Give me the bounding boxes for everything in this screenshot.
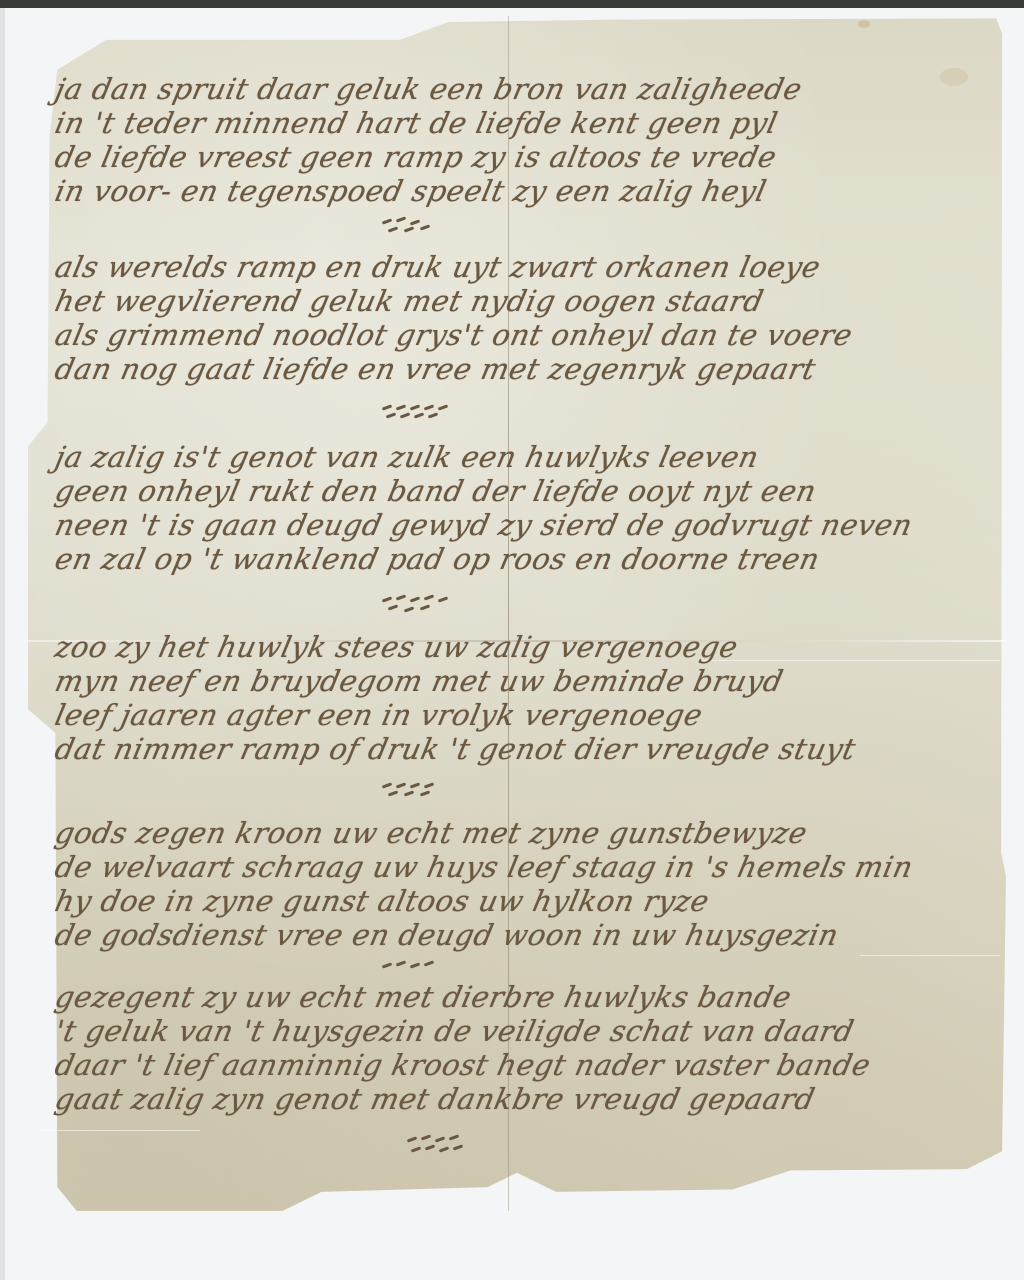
flourish-separator-icon [382, 960, 502, 974]
poem-line: het wegvlierend geluk met nydig oogen st… [52, 284, 979, 318]
poem-line: gods zegen kroon uw echt met zyne gunstb… [52, 816, 979, 850]
poem-line: de liefde vreest geen ramp zy is altoos … [52, 140, 979, 174]
poem-line: in 't teder minnend hart de liefde kent … [52, 106, 979, 140]
poem-line: en zal op 't wanklend pad op roos en doo… [52, 542, 979, 576]
scanner-top-edge [0, 0, 1024, 8]
poem-line: in voor- en tegenspoed speelt zy een zal… [52, 174, 979, 208]
poem-body: ja dan spruit daar geluk een bron van za… [52, 72, 972, 1168]
flourish-separator-icon [382, 780, 502, 804]
poem-line: zoo zy het huwlyk stees uw zalig vergeno… [52, 630, 979, 664]
poem-line: ja dan spruit daar geluk een bron van za… [52, 72, 979, 106]
stanza-3: ja zalig is't genot van zulk een huwlyks… [52, 440, 972, 576]
poem-line: dan nog gaat liefde en vree met zegenryk… [52, 352, 979, 386]
poem-line: gezegent zy uw echt met dierbre huwlyks … [52, 980, 979, 1014]
flourish-separator-icon [382, 402, 502, 426]
stanza-6: gezegent zy uw echt met dierbre huwlyks … [52, 980, 972, 1116]
poem-line: gaat zalig zyn genot met dankbre vreugd … [52, 1082, 979, 1116]
poem-line: de godsdienst vree en deugd woon in uw h… [52, 918, 979, 952]
flourish-separator-icon [382, 216, 502, 240]
ink-stain [858, 20, 870, 28]
poem-line: dat nimmer ramp of druk 't genot dier vr… [52, 732, 979, 766]
poem-line: de welvaart schraag uw huys leef staag i… [52, 850, 979, 884]
poem-line: geen onheyl rukt den band der liefde ooy… [52, 474, 979, 508]
poem-line: ja zalig is't genot van zulk een huwlyks… [52, 440, 979, 474]
poem-line: myn neef en bruydegom met uw beminde bru… [52, 664, 979, 698]
stanza-4: zoo zy het huwlyk stees uw zalig vergeno… [52, 630, 972, 766]
stanza-5: gods zegen kroon uw echt met zyne gunstb… [52, 816, 972, 952]
stanza-2: als werelds ramp en druk uyt zwart orkan… [52, 250, 972, 386]
scanner-margin [0, 0, 5, 1280]
poem-line: daar 't lief aanminnig kroost hegt nader… [52, 1048, 979, 1082]
poem-line: als werelds ramp en druk uyt zwart orkan… [52, 250, 979, 284]
poem-line: hy doe in zyne gunst altoos uw hylkon ry… [52, 884, 979, 918]
stanza-1: ja dan spruit daar geluk een bron van za… [52, 72, 972, 208]
end-flourish-icon [407, 1134, 527, 1158]
flourish-separator-icon [382, 594, 502, 618]
poem-line: neen 't is gaan deugd gewyd zy sierd de … [52, 508, 979, 542]
poem-line: 't geluk van 't huysgezin de veiligde sc… [52, 1014, 979, 1048]
poem-line: leef jaaren agter een in vrolyk vergenoe… [52, 698, 979, 732]
poem-line: als grimmend noodlot grys't ont onheyl d… [52, 318, 979, 352]
